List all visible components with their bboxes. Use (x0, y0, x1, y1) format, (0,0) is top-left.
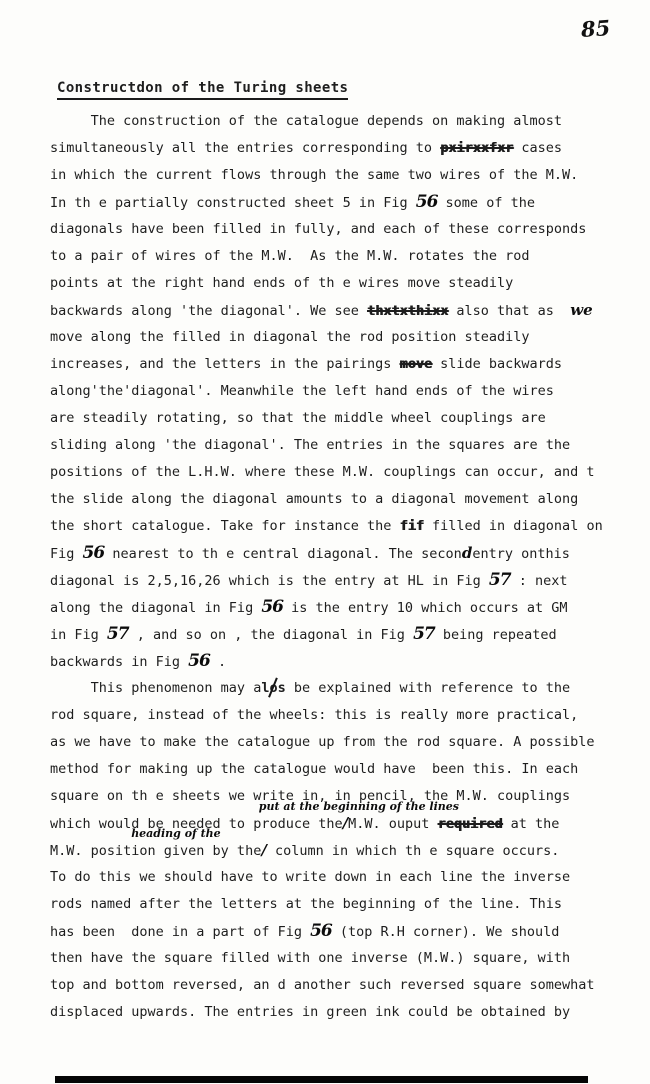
text-segment: fif (400, 518, 424, 534)
text-segment: thxtxthixx (367, 303, 448, 319)
handwritten-figure-number: 57 (413, 624, 435, 644)
text-segment: the short catalogue. Take for instance t… (50, 518, 400, 534)
text-segment: are steadily rotating, so that the middl… (50, 410, 546, 426)
handwritten-figure-number: 56 (416, 192, 438, 212)
section-heading: Constructdon of the Turing sheets (57, 80, 348, 100)
text-segment: along'the'diagonal'. Meanwhile the left … (50, 383, 554, 399)
text-line: The construction of the catalogue depend… (50, 108, 630, 135)
text-line: In th e partially constructed sheet 5 in… (50, 189, 630, 216)
text-line: sliding along 'the diagonal'. The entrie… (50, 432, 630, 459)
text-line: then have the square filled with one inv… (50, 945, 630, 972)
text-segment: The construction of the catalogue depend… (50, 113, 562, 129)
text-segment: backwards along 'the diagonal'. We see (50, 303, 367, 319)
handwritten-annotation: put at the beginning of the lines (259, 801, 459, 812)
handwritten-mark: we (570, 301, 592, 319)
text-line: diagonals have been filled in fully, and… (50, 216, 630, 243)
text-segment: filled in diagonal on (424, 518, 603, 534)
text-segment: being repeated (435, 627, 557, 643)
text-line: To do this we should have to write down … (50, 864, 630, 891)
handwritten-figure-number: 56 (310, 921, 332, 941)
text-segment: is the entry 10 which occurs at GM (283, 600, 567, 616)
text-segment: then have the square filled with one inv… (50, 950, 570, 966)
text-segment: nearest to th e central diagonal. The se… (104, 546, 462, 562)
text-segment: increases, and the letters in the pairin… (50, 356, 400, 372)
text-segment: points at the right hand ends of th e wi… (50, 275, 513, 291)
scan-artifact-bar (55, 1076, 588, 1083)
text-segment: in Fig (50, 627, 107, 643)
text-line: top and bottom reversed, an d another su… (50, 972, 630, 999)
text-segment: also that as (448, 303, 570, 319)
text-segment: (top R.H corner). We should (332, 924, 560, 940)
text-segment: slide backwards (432, 356, 562, 372)
text-line: diagonal is 2,5,16,26 which is the entry… (50, 567, 630, 594)
text-line: positions of the L.H.W. where these M.W.… (50, 459, 630, 486)
typescript-body: The construction of the catalogue depend… (50, 108, 630, 1026)
text-line: to a pair of wires of the M.W. As the M.… (50, 243, 630, 270)
text-line: the slide along the diagonal amounts to … (50, 486, 630, 513)
text-segment: diagonals have been filled in fully, and… (50, 221, 586, 237)
handwritten-annotation: heading of the (131, 828, 221, 839)
text-segment: diagonal is 2,5,16,26 which is the entry… (50, 573, 489, 589)
text-line: backwards in Fig 56 . (50, 648, 630, 675)
text-line: increases, and the letters in the pairin… (50, 351, 630, 378)
text-line: method for making up the catalogue would… (50, 756, 630, 783)
handwritten-figure-number: 57 (489, 570, 511, 590)
text-line: are steadily rotating, so that the middl… (50, 405, 630, 432)
text-line: heading of theM.W. position given by the… (50, 837, 630, 864)
text-segment: . (210, 654, 226, 670)
text-segment: along the diagonal in Fig (50, 600, 261, 616)
text-segment: los (261, 680, 285, 696)
text-line: rod square, instead of the wheels: this … (50, 702, 630, 729)
text-line: points at the right hand ends of th e wi… (50, 270, 630, 297)
text-segment: some of the (437, 195, 535, 211)
text-line: move along the filled in diagonal the ro… (50, 324, 630, 351)
text-segment: to a pair of wires of the M.W. As the M.… (50, 248, 530, 264)
text-line: along'the'diagonal'. Meanwhile the left … (50, 378, 630, 405)
text-segment: cases (513, 140, 562, 156)
text-segment: has been done in a part of Fig (50, 924, 310, 940)
text-segment: positions of the L.H.W. where these M.W.… (50, 464, 595, 480)
text-segment: M.W. ouput (348, 816, 437, 832)
text-line: the short catalogue. Take for instance t… (50, 513, 630, 540)
text-line: simultaneously all the entries correspon… (50, 135, 630, 162)
text-segment: method for making up the catalogue would… (50, 761, 578, 777)
handwritten-figure-number: 56 (188, 651, 210, 671)
text-segment: displaced upwards. The entries in green … (50, 1004, 570, 1020)
text-segment: move along the filled in diagonal the ro… (50, 329, 530, 345)
text-segment: at the (503, 816, 560, 832)
text-segment: , and so on , the diagonal in Fig (129, 627, 413, 643)
text-segment: move (400, 356, 433, 372)
text-line: Fig 56 nearest to th e central diagonal.… (50, 540, 630, 567)
text-segment: column in which th e square occurs. (267, 843, 560, 859)
text-segment: This phenomenon may a (50, 680, 261, 696)
text-line: This phenomenon may alos be explained wi… (50, 675, 630, 702)
text-segment: required (438, 816, 503, 832)
handwritten-figure-number: 56 (83, 543, 105, 563)
handwritten-mark: d (462, 544, 473, 562)
text-segment: rod square, instead of the wheels: this … (50, 707, 578, 723)
text-segment: pxirxxfxr (440, 140, 513, 156)
text-segment: M.W. position given by the (50, 843, 261, 859)
handwritten-figure-number: 57 (107, 624, 129, 644)
text-line: rods named after the letters at the begi… (50, 891, 630, 918)
text-line: displaced upwards. The entries in green … (50, 999, 630, 1026)
text-segment: To do this we should have to write down … (50, 869, 570, 885)
text-line: in Fig 57 , and so on , the diagonal in … (50, 621, 630, 648)
text-line: backwards along 'the diagonal'. We see t… (50, 297, 630, 324)
text-segment: In th e partially constructed sheet 5 in… (50, 195, 416, 211)
text-segment: simultaneously all the entries correspon… (50, 140, 440, 156)
text-segment: rods named after the letters at the begi… (50, 896, 562, 912)
text-line: in which the current flows through the s… (50, 162, 630, 189)
text-segment: top and bottom reversed, an d another su… (50, 977, 595, 993)
document-page: 85 Constructdon of the Turing sheets The… (0, 0, 650, 1084)
text-segment: Fig (50, 546, 83, 562)
text-segment: backwards in Fig (50, 654, 188, 670)
text-segment: sliding along 'the diagonal'. The entrie… (50, 437, 570, 453)
text-line: as we have to make the catalogue up from… (50, 729, 630, 756)
text-segment: : next (511, 573, 568, 589)
text-segment: the slide along the diagonal amounts to … (50, 491, 578, 507)
text-segment: be explained with reference to the (286, 680, 570, 696)
text-line: along the diagonal in Fig 56 is the entr… (50, 594, 630, 621)
text-segment: as we have to make the catalogue up from… (50, 734, 595, 750)
page-number-handwritten: 85 (580, 15, 611, 42)
handwritten-figure-number: 56 (261, 597, 283, 617)
text-segment: in which the current flows through the s… (50, 167, 578, 183)
text-line: has been done in a part of Fig 56 (top R… (50, 918, 630, 945)
text-segment: entry onthis (472, 546, 570, 562)
